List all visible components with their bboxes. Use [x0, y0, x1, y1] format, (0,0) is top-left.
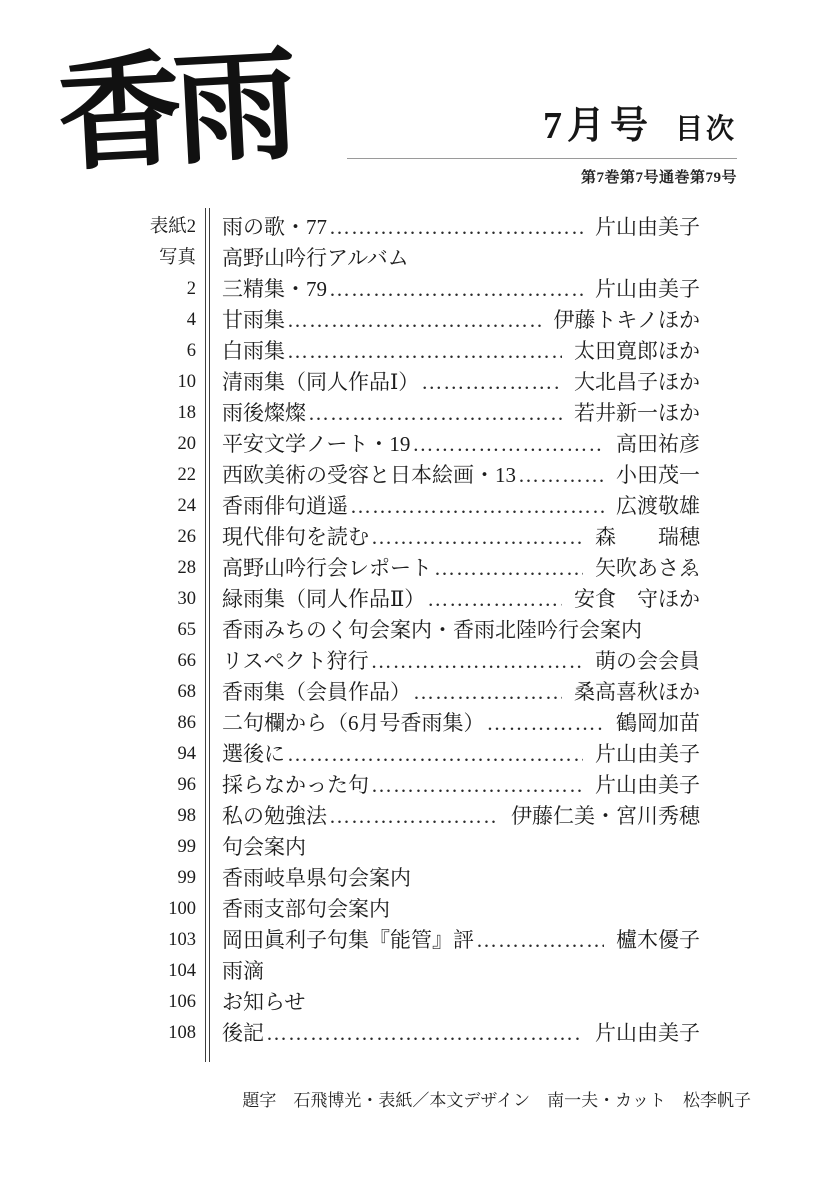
toc-row: 28 高野山吟行会レポート ……………………………………………………………………… — [96, 553, 700, 584]
toc-page-number: 108 — [96, 1018, 196, 1049]
toc-entry-author: 片山由美子 — [595, 274, 700, 305]
issue-title-line: 7月号 目次 — [347, 94, 737, 149]
toc-entry-title: 岡田眞利子句集『能管』評 — [222, 925, 474, 956]
toc-entry-title: 緑雨集（同人作品Ⅱ） — [222, 584, 425, 615]
toc-entry-title: 高野山吟行アルバム — [222, 243, 409, 274]
toc-entry-title: 三精集・79 — [222, 274, 327, 305]
toc-entry-title: 選後に — [222, 739, 285, 770]
toc-entry-title: 平安文学ノート・19 — [222, 429, 410, 460]
toc-leader-dots: …………………………………………………………………………………………………………… — [287, 739, 583, 770]
toc-leader-dots: …………………………………………………………………………………………………………… — [518, 460, 604, 491]
toc-entry-author: 鶴岡加苗 — [616, 708, 700, 739]
toc-entry-author: 太田寛郎ほか — [574, 336, 700, 367]
toc-entry: お知らせ — [222, 987, 700, 1018]
toc-page-number: 99 — [96, 832, 196, 863]
issue-title: 7月号 — [543, 105, 653, 147]
toc-entry-title: 清雨集（同人作品Ⅰ） — [222, 367, 419, 398]
toc-leader-dots — [413, 863, 700, 894]
toc-leader-dots: …………………………………………………………………………………………………………… — [476, 925, 604, 956]
toc-entry: 緑雨集（同人作品Ⅱ） ……………………………………………………………………………… — [222, 584, 700, 615]
toc-leader-dots: …………………………………………………………………………………………………………… — [413, 677, 562, 708]
toc-entry-author: 高田祐彦 — [616, 429, 700, 460]
toc-entry: 香雨みちのく句会案内・香雨北陸吟行会案内 — [222, 615, 700, 646]
toc-entry-title: 白雨集 — [222, 336, 285, 367]
toc-leader-dots: …………………………………………………………………………………………………………… — [329, 212, 583, 243]
toc-entry-title: お知らせ — [222, 987, 305, 1018]
toc-row: 104 雨滴 — [96, 956, 700, 987]
toc-entry: 白雨集 ………………………………………………………………………………………………… — [222, 336, 700, 367]
toc-entry: 三精集・79 ………………………………………………………………………………………… — [222, 274, 700, 305]
toc-leader-dots: …………………………………………………………………………………………………………… — [350, 491, 604, 522]
toc-entry: 岡田眞利子句集『能管』評 ………………………………………………………………………… — [222, 925, 700, 956]
toc-page-number: 100 — [96, 894, 196, 925]
toc-entry-author: 片山由美子 — [595, 1018, 700, 1049]
toc-entry-author: 大北昌子ほか — [574, 367, 700, 398]
toc-row: 103 岡田眞利子句集『能管』評 ……………………………………………………………… — [96, 925, 700, 956]
toc-entry: リスペクト狩行 ……………………………………………………………………………………… — [222, 646, 700, 677]
toc-page-number: 28 — [96, 553, 196, 584]
toc-entry-title: リスペクト狩行 — [222, 646, 369, 677]
toc-leader-dots: …………………………………………………………………………………………………………… — [287, 305, 541, 336]
toc-row: 写真 高野山吟行アルバム — [96, 243, 700, 274]
toc-entry: 香雨俳句逍遥 ………………………………………………………………………………………… — [222, 491, 700, 522]
toc-page-number: 104 — [96, 956, 196, 987]
toc-row: 10 清雨集（同人作品Ⅰ） ……………………………………………………………………… — [96, 367, 700, 398]
magazine-logo-calligraphy: 香雨 — [55, 38, 294, 186]
toc-page-number: 96 — [96, 770, 196, 801]
toc-entry-title: 私の勉強法 — [222, 801, 327, 832]
toc-entry: 高野山吟行アルバム — [222, 243, 700, 274]
toc-entry-author: 櫨木優子 — [616, 925, 700, 956]
toc-entry: 清雨集（同人作品Ⅰ） ……………………………………………………………………………… — [222, 367, 700, 398]
toc-entry: 後記 …………………………………………………………………………………………………… — [222, 1018, 700, 1049]
toc-page-number: 24 — [96, 491, 196, 522]
toc-entry: 選後に ………………………………………………………………………………………………… — [222, 739, 700, 770]
toc-entry: 香雨集（会員作品） ………………………………………………………………………………… — [222, 677, 700, 708]
toc-page-number: 86 — [96, 708, 196, 739]
toc-leader-dots — [266, 956, 700, 987]
toc-page-number: 20 — [96, 429, 196, 460]
toc-entry-title: 雨後燦燦 — [222, 398, 306, 429]
toc-row: 表紙2 雨の歌・77 ……………………………………………………………………………… — [96, 212, 700, 243]
toc-leader-dots — [392, 894, 700, 925]
toc-leader-dots: …………………………………………………………………………………………………………… — [371, 522, 583, 553]
toc-entry: 現代俳句を読む ……………………………………………………………………………………… — [222, 522, 700, 553]
toc-entry: 雨後燦燦 ……………………………………………………………………………………………… — [222, 398, 700, 429]
toc-entry-title: 句会案内 — [222, 832, 306, 863]
toc-page: 香雨 7月号 目次 第7巻第7号通巻第79号 表紙2 雨の歌・77 ………………… — [0, 0, 839, 1190]
toc-row: 65 香雨みちのく句会案内・香雨北陸吟行会案内 — [96, 615, 700, 646]
toc-leader-dots: …………………………………………………………………………………………………………… — [287, 336, 562, 367]
toc-page-number: 18 — [96, 398, 196, 429]
toc-page-number: 表紙2 — [96, 212, 196, 243]
toc-entry-author: 片山由美子 — [595, 212, 700, 243]
toc-page-number: 30 — [96, 584, 196, 615]
toc-leader-dots: …………………………………………………………………………………………………………… — [371, 646, 583, 677]
toc-entry-author: 伊藤トキノほか — [553, 305, 700, 336]
toc-page-number: 6 — [96, 336, 196, 367]
toc-entry-title: 香雨岐阜県句会案内 — [222, 863, 411, 894]
toc-entry-author: 森 瑞穂 — [595, 522, 700, 553]
toc-entry-author: 片山由美子 — [595, 770, 700, 801]
toc-row: 18 雨後燦燦 ……………………………………………………………………………………… — [96, 398, 700, 429]
toc-row: 86 二句欄から（6月号香雨集） ……………………………………………………………… — [96, 708, 700, 739]
toc-row: 108 後記 ………………………………………………………………………………………… — [96, 1018, 700, 1049]
toc-entry-author: 伊藤仁美・宮川秀穂 — [511, 801, 700, 832]
toc-page-number: 22 — [96, 460, 196, 491]
toc-leader-dots: …………………………………………………………………………………………………………… — [487, 708, 605, 739]
toc-leader-dots: …………………………………………………………………………………………………………… — [371, 770, 583, 801]
toc-entry-author: 片山由美子 — [595, 739, 700, 770]
toc-leader-dots: …………………………………………………………………………………………………………… — [427, 584, 562, 615]
toc-entry-author: 小田茂一 — [616, 460, 700, 491]
toc-leader-dots: …………………………………………………………………………………………………………… — [421, 367, 562, 398]
toc-leader-dots — [308, 832, 700, 863]
toc-page-number: 68 — [96, 677, 196, 708]
toc-page-number: 2 — [96, 274, 196, 305]
credits-line: 題字 石飛博光・表紙／本文デザイン 南一夫・カット 松李帆子 — [242, 1086, 751, 1111]
toc-row: 2 三精集・79 …………………………………………………………………………………… — [96, 274, 700, 305]
toc-leader-dots — [307, 987, 700, 1018]
toc-page-number: 98 — [96, 801, 196, 832]
toc-entry-title: 甘雨集 — [222, 305, 285, 336]
toc-row: 68 香雨集（会員作品） ………………………………………………………………………… — [96, 677, 700, 708]
toc-leader-dots: …………………………………………………………………………………………………………… — [266, 1018, 583, 1049]
toc-entry-author: 広渡敬雄 — [616, 491, 700, 522]
toc-page-number: 65 — [96, 615, 196, 646]
toc-entry: 雨の歌・77 ………………………………………………………………………………………… — [222, 212, 700, 243]
issue-header: 7月号 目次 第7巻第7号通巻第79号 — [347, 94, 737, 187]
toc-leader-dots: …………………………………………………………………………………………………………… — [329, 801, 499, 832]
toc-entry: 高野山吟行会レポート ……………………………………………………………………………… — [222, 553, 700, 584]
toc-entry-title: 雨滴 — [222, 956, 264, 987]
toc-row: 98 私の勉強法 …………………………………………………………………………………… — [96, 801, 700, 832]
toc-entry-title: 香雨集（会員作品） — [222, 677, 411, 708]
toc-row: 20 平安文学ノート・19 ……………………………………………………………………… — [96, 429, 700, 460]
toc-page-number: 106 — [96, 987, 196, 1018]
toc-entry-author: 萌の会会員 — [595, 646, 700, 677]
toc-page-number: 写真 — [96, 243, 196, 274]
toc-row: 96 採らなかった句 ……………………………………………………………………………… — [96, 770, 700, 801]
toc-leader-dots: …………………………………………………………………………………………………………… — [412, 429, 604, 460]
toc-page-number: 4 — [96, 305, 196, 336]
toc-entry-author: 矢吹あさゑ — [595, 553, 700, 584]
header-rule — [347, 158, 737, 159]
toc-entry-author: 若井新一ほか — [574, 398, 700, 429]
toc-leader-dots: …………………………………………………………………………………………………………… — [308, 398, 562, 429]
toc-row: 99 香雨岐阜県句会案内 — [96, 863, 700, 894]
toc-leader-dots: …………………………………………………………………………………………………………… — [329, 274, 583, 305]
toc-entry: 句会案内 — [222, 832, 700, 863]
toc-entry-title: 香雨支部句会案内 — [222, 894, 390, 925]
toc-entry-title: 高野山吟行会レポート — [222, 553, 432, 584]
toc-entry-title: 香雨俳句逍遥 — [222, 491, 348, 522]
toc-page-number: 99 — [96, 863, 196, 894]
volume-info: 第7巻第7号通巻第79号 — [347, 166, 737, 187]
toc-heading: 目次 — [675, 114, 737, 145]
toc-leader-dots: …………………………………………………………………………………………………………… — [434, 553, 583, 584]
toc-entry: 甘雨集 ………………………………………………………………………………………………… — [222, 305, 700, 336]
toc-entry-author: 安食 守ほか — [574, 584, 700, 615]
toc-leader-dots — [411, 243, 700, 274]
toc-entry: 二句欄から（6月号香雨集） ……………………………………………………………………… — [222, 708, 700, 739]
toc-list: 表紙2 雨の歌・77 ……………………………………………………………………………… — [96, 212, 700, 1049]
toc-entry-title: 雨の歌・77 — [222, 212, 327, 243]
toc-row: 99 句会案内 — [96, 832, 700, 863]
toc-page-number: 66 — [96, 646, 196, 677]
toc-entry-author: 桑高喜秋ほか — [574, 677, 700, 708]
toc-page-number: 103 — [96, 925, 196, 956]
toc-row: 106 お知らせ — [96, 987, 700, 1018]
toc-entry: 私の勉強法 …………………………………………………………………………………………… — [222, 801, 700, 832]
toc-entry: 採らなかった句 ……………………………………………………………………………………… — [222, 770, 700, 801]
toc-row: 30 緑雨集（同人作品Ⅱ） ……………………………………………………………………… — [96, 584, 700, 615]
toc-entry: 平安文学ノート・19 ……………………………………………………………………………… — [222, 429, 700, 460]
toc-row: 24 香雨俳句逍遥 ………………………………………………………………………………… — [96, 491, 700, 522]
toc-page-number: 26 — [96, 522, 196, 553]
toc-entry: 雨滴 — [222, 956, 700, 987]
toc-page-number: 94 — [96, 739, 196, 770]
toc-entry-title: 西欧美術の受容と日本絵画・13 — [222, 460, 516, 491]
toc-row: 4 甘雨集 …………………………………………………………………………………………… — [96, 305, 700, 336]
toc-row: 66 リスペクト狩行 ……………………………………………………………………………… — [96, 646, 700, 677]
toc-leader-dots — [644, 615, 700, 646]
toc-row: 100 香雨支部句会案内 — [96, 894, 700, 925]
toc-row: 6 白雨集 …………………………………………………………………………………………… — [96, 336, 700, 367]
toc-entry-title: 現代俳句を読む — [222, 522, 369, 553]
toc-row: 26 現代俳句を読む ……………………………………………………………………………… — [96, 522, 700, 553]
toc-row: 22 西欧美術の受容と日本絵画・13 ………………………………………………………… — [96, 460, 700, 491]
toc-entry: 香雨岐阜県句会案内 — [222, 863, 700, 894]
toc-entry: 西欧美術の受容と日本絵画・13 ………………………………………………………………… — [222, 460, 700, 491]
toc-entry: 香雨支部句会案内 — [222, 894, 700, 925]
toc-page-number: 10 — [96, 367, 196, 398]
toc-entry-title: 香雨みちのく句会案内・香雨北陸吟行会案内 — [222, 615, 642, 646]
toc-row: 94 選後に ………………………………………………………………………………………… — [96, 739, 700, 770]
toc-entry-title: 二句欄から（6月号香雨集） — [222, 708, 485, 739]
toc-entry-title: 採らなかった句 — [222, 770, 369, 801]
toc-entry-title: 後記 — [222, 1018, 264, 1049]
